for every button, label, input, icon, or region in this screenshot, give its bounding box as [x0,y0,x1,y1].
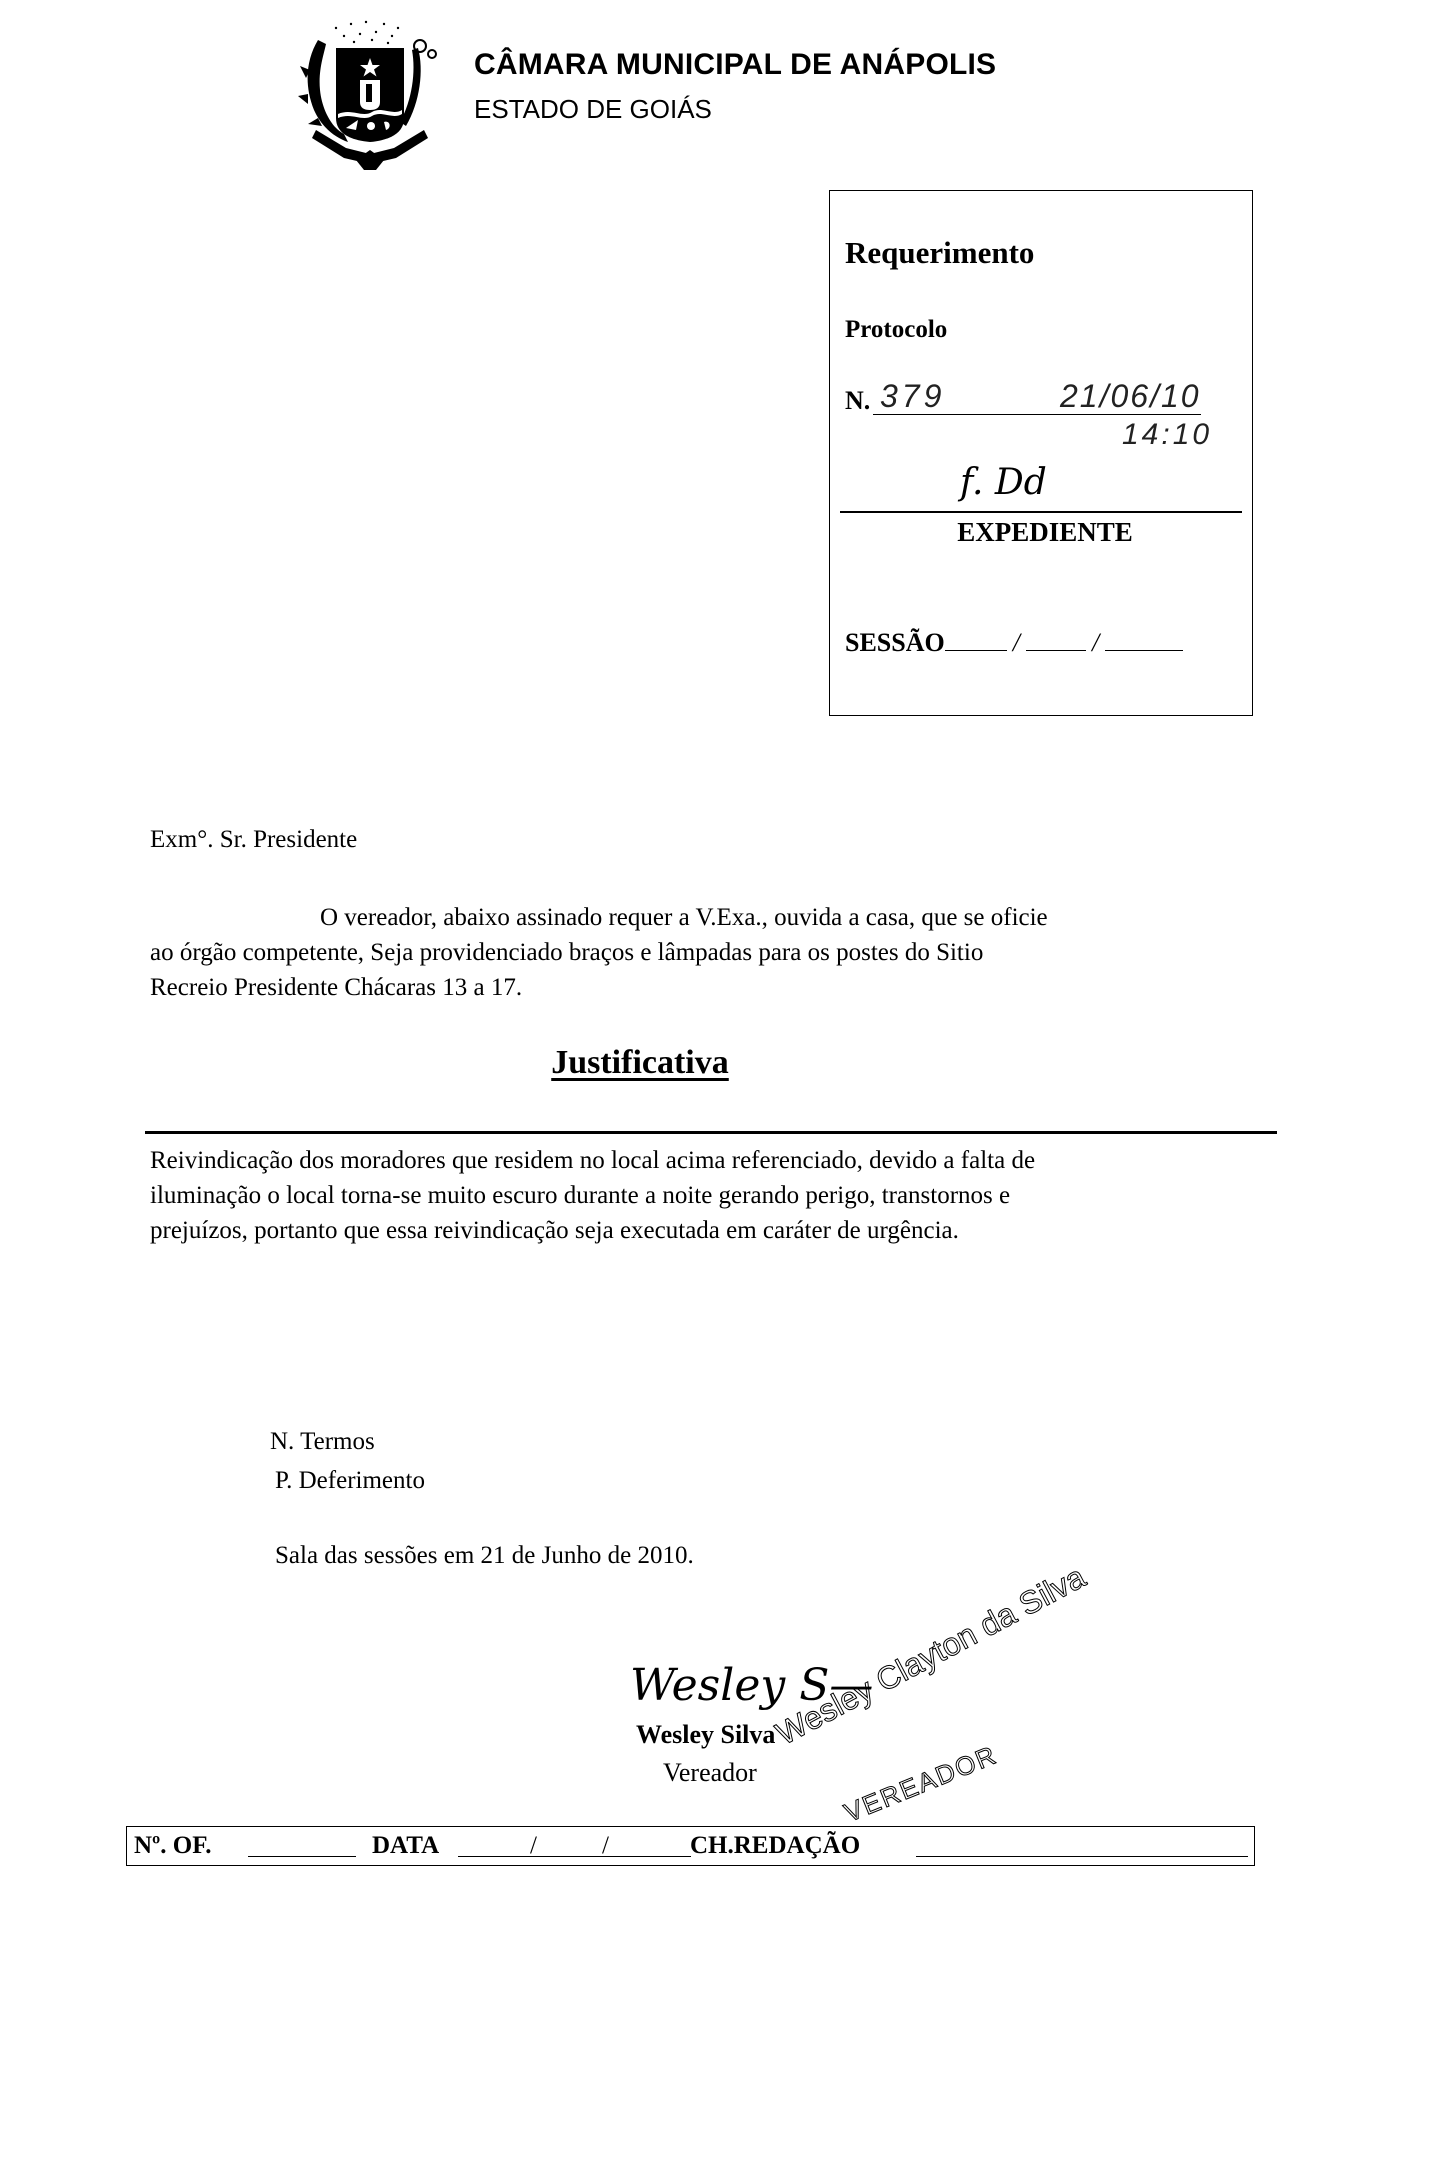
place-date: Sala das sessões em 21 de Junho de 2010. [275,1542,694,1570]
sessao-field: SESSÃO// [845,628,1183,658]
justification-heading: Justificativa [0,1044,1280,1082]
protocol-number-label: N. [845,386,870,416]
protocol-signature: f. Dd [960,462,1047,503]
sessao-day-blank [945,628,1007,651]
sessao-label: SESSÃO [845,628,945,657]
data-blank [458,1856,691,1857]
ch-redacao-label: CH.REDAÇÃO [690,1832,860,1860]
justification-line: iluminação o local torna-se muito escuro… [150,1178,1290,1213]
stamp-role: VEREADOR [840,1739,1002,1828]
paragraph-line: O vereador, abaixo assinado requer a V.E… [150,900,1290,935]
justification-text: Reivindicação dos moradores que residem … [150,1143,1290,1248]
justification-rule [145,1131,1277,1134]
protocol-box-title: Requerimento [845,235,1034,271]
expediente-label: EXPEDIENTE [860,517,1230,548]
sessao-month-blank [1026,628,1086,651]
greeting: Exm°. Sr. Presidente [150,822,357,857]
justification-line: Reivindicação dos moradores que residem … [150,1143,1290,1178]
signer-role: Vereador [663,1758,757,1788]
institution-subtitle: ESTADO DE GOIÁS [474,94,712,125]
expediente-line [840,511,1242,513]
protocol-date-handwritten: 21/06/10 [1060,378,1201,415]
no-of-blank [248,1856,356,1857]
justification-line: prejuízos, portanto que essa reivindicaç… [150,1213,1290,1248]
signer-name: Wesley Silva [636,1720,775,1750]
closing-termos: N. Termos [270,1428,375,1456]
data-label: DATA [372,1832,439,1860]
request-paragraph: O vereador, abaixo assinado requer a V.E… [150,900,1290,1005]
sessao-year-blank [1105,628,1183,651]
paragraph-line: ao órgão competente, Seja providenciado … [150,935,1290,970]
protocol-number-handwritten: 379 [880,378,945,415]
ch-redacao-blank [916,1856,1248,1857]
protocol-time-handwritten: 14:10 [1122,418,1212,452]
institution-title: CÂMARA MUNICIPAL DE ANÁPOLIS [474,48,996,82]
sessao-slash: / [1086,628,1105,657]
no-of-label: Nº. OF. [134,1832,211,1860]
sessao-slash: / [1007,628,1026,657]
paragraph-line: Recreio Presidente Chácaras 13 a 17. [150,970,1290,1005]
data-slash: / [530,1832,537,1860]
closing-deferimento: P. Deferimento [275,1467,425,1495]
data-slash: / [602,1832,609,1860]
protocol-label: Protocolo [845,316,947,344]
stamp-name: Wesley Clayton da Silva [770,1558,1092,1752]
coat-of-arms-icon [296,10,446,170]
